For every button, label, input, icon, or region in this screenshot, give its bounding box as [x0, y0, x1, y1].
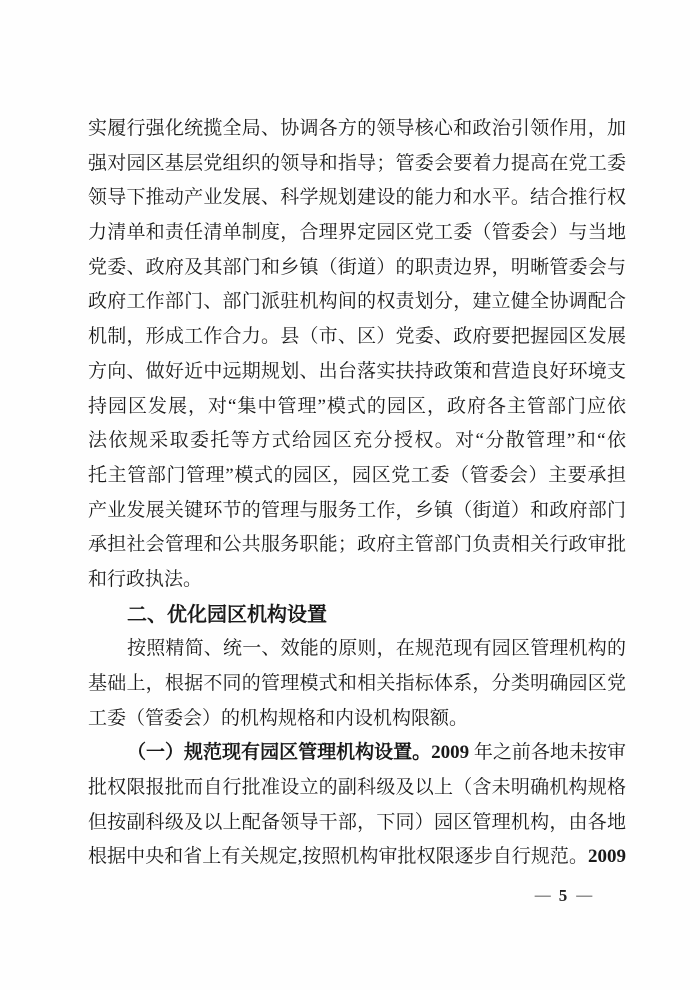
page-number-value: 5 [559, 886, 568, 906]
document-line: 持园区发展，对“集中管理”模式的园区，政府各主管部门应依 [88, 390, 626, 425]
document-line: 法依规采取委托等方式给园区充分授权。对“分散管理”和“依 [88, 424, 626, 459]
page-number-dash-right: — [576, 887, 591, 905]
text-segment: 2009 [588, 846, 626, 867]
text-segment: 年之前各地未按审 [469, 742, 626, 763]
text-segment: （一）规范现有园区管理机构设置。 [127, 742, 431, 763]
text-segment: 二、优化园区机构设置 [127, 604, 327, 626]
document-page: 实履行强化统揽全局、协调各方的领导核心和政治引领作用，加强对园区基层党组织的领导… [0, 0, 700, 990]
document-line: 政府工作部门、部门派驻机构间的权责划分，建立健全协调配合 [88, 285, 626, 320]
text-segment: 根据中央和省上有关规定,按照机构审批权限逐步自行规范。 [88, 846, 588, 867]
page-number: — 5 — [500, 884, 626, 908]
document-line: 机制，形成工作合力。县（市、区）党委、政府要把握园区发展 [88, 320, 626, 355]
document-line: 强对园区基层党组织的领导和指导；管委会要着力提高在党工委 [88, 147, 626, 182]
body-text: 实履行强化统揽全局、协调各方的领导核心和政治引领作用，加强对园区基层党组织的领导… [88, 112, 626, 875]
document-line: 根据中央和省上有关规定,按照机构审批权限逐步自行规范。2009 [88, 840, 626, 875]
document-line: 方向、做好近中远期规划、出台落实扶持政策和营造良好环境支 [88, 355, 626, 390]
document-line: 但按副科级及以上配备领导干部，下同）园区管理机构，由各地 [88, 806, 626, 841]
text-segment: 批权限报批而自行批准设立的副科级及以上（含未明确机构规格 [88, 777, 626, 798]
document-line: 托主管部门管理”模式的园区，园区党工委（管委会）主要承担 [88, 459, 626, 494]
document-line: 按照精简、统一、效能的原则，在规范现有园区管理机构的 [88, 632, 626, 667]
text-segment: 持园区发展，对“集中管理”模式的园区，政府各主管部门应依 [88, 396, 626, 417]
text-segment: 法依规采取委托等方式给园区充分授权。对“分散管理”和“依 [88, 430, 626, 451]
text-segment: 按照精简、统一、效能的原则，在规范现有园区管理机构的 [127, 638, 626, 659]
text-segment: 实履行强化统揽全局、协调各方的领导核心和政治引领作用，加 [88, 118, 626, 139]
text-segment: 产业发展关键环节的管理与服务工作，乡镇（街道）和政府部门 [88, 500, 626, 521]
text-segment: 党委、政府及其部门和乡镇（街道）的职责边界，明晰管委会与 [88, 257, 626, 278]
text-segment: 承担社会管理和公共服务职能；政府主管部门负责相关行政审批 [88, 534, 626, 555]
text-segment: 基础上，根据不同的管理模式和相关指标体系，分类明确园区党 [88, 673, 626, 694]
document-line: 批权限报批而自行批准设立的副科级及以上（含未明确机构规格 [88, 771, 626, 806]
document-line: 力清单和责任清单制度，合理界定园区党工委（管委会）与当地 [88, 216, 626, 251]
text-segment: 政府工作部门、部门派驻机构间的权责划分，建立健全协调配合 [88, 291, 626, 312]
text-segment: 力清单和责任清单制度，合理界定园区党工委（管委会）与当地 [88, 222, 626, 243]
text-segment: 方向、做好近中远期规划、出台落实扶持政策和营造良好环境支 [88, 361, 626, 382]
text-segment: 机制，形成工作合力。县（市、区）党委、政府要把握园区发展 [88, 326, 626, 347]
document-line: （一）规范现有园区管理机构设置。2009 年之前各地未按审 [88, 736, 626, 771]
document-line: 领导下推动产业发展、科学规划建设的能力和水平。结合推行权 [88, 181, 626, 216]
document-line: 和行政执法。 [88, 563, 626, 598]
document-line: 承担社会管理和公共服务职能；政府主管部门负责相关行政审批 [88, 528, 626, 563]
page-number-dash-left: — [535, 887, 550, 905]
text-segment: 托主管部门管理”模式的园区，园区党工委（管委会）主要承担 [88, 465, 626, 486]
text-segment: 但按副科级及以上配备领导干部，下同）园区管理机构，由各地 [88, 812, 626, 833]
text-segment: 强对园区基层党组织的领导和指导；管委会要着力提高在党工委 [88, 153, 626, 174]
document-line: 党委、政府及其部门和乡镇（街道）的职责边界，明晰管委会与 [88, 251, 626, 286]
section-heading: 二、优化园区机构设置 [88, 598, 626, 633]
text-segment: 领导下推动产业发展、科学规划建设的能力和水平。结合推行权 [88, 187, 626, 208]
text-segment: 2009 [431, 742, 469, 763]
document-line: 基础上，根据不同的管理模式和相关指标体系，分类明确园区党 [88, 667, 626, 702]
document-line: 产业发展关键环节的管理与服务工作，乡镇（街道）和政府部门 [88, 494, 626, 529]
text-segment: 和行政执法。 [88, 569, 202, 590]
document-line: 实履行强化统揽全局、协调各方的领导核心和政治引领作用，加 [88, 112, 626, 147]
text-segment: 工委（管委会）的机构规格和内设机构限额。 [88, 708, 468, 729]
document-line: 工委（管委会）的机构规格和内设机构限额。 [88, 702, 626, 737]
